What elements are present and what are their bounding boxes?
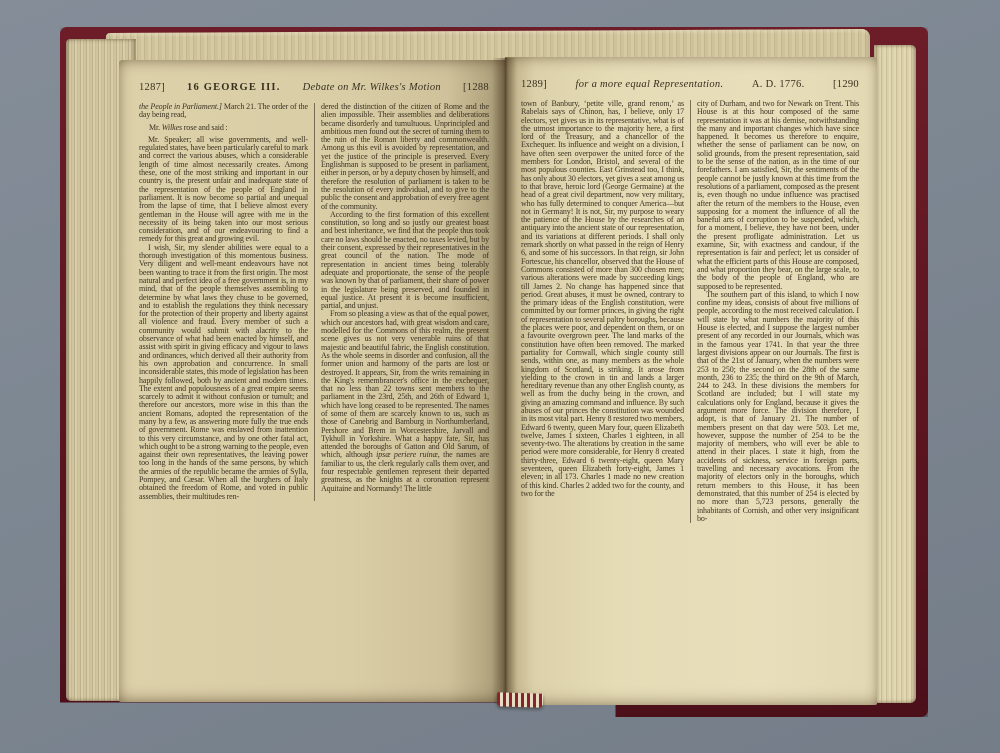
date-heading: A. D. 1776. [752, 79, 805, 91]
speaker-name: Wilkes [162, 123, 182, 132]
running-title-right: for a more equal Representation. [575, 79, 723, 91]
running-title-left: Debate on Mr. Wilkes's Motion [303, 82, 441, 94]
column-number-1288: [1288 [463, 82, 489, 94]
left-page-column-2: dered the distinction of the citizen of … [314, 103, 489, 501]
left-page-columns: the People in Parliament.] March 21. The… [139, 103, 489, 501]
speech-paragraph: dered the distinction of the citizen of … [321, 103, 489, 211]
spine-headband [497, 692, 543, 708]
speaker-prefix: Mr. [149, 123, 162, 132]
speech-paragraph: According to the first formation of this… [321, 211, 489, 311]
paragraph-text: From so pleasing a view as that of the e… [321, 309, 489, 459]
speech-paragraph: city of Durham, and two for Newark on Tr… [697, 100, 859, 291]
speech-paragraph: I wish, Sir, my slender abilities were e… [139, 244, 308, 501]
speech-paragraph: From so pleasing a view as that of the e… [321, 310, 489, 493]
column-number-1290: [1290 [833, 79, 859, 91]
right-page-columns: town of Banbury, ‘petite ville, grand re… [521, 100, 859, 523]
speaker-suffix: rose and said : [182, 123, 228, 132]
right-page-column-2: city of Durham, and two for Newark on Tr… [690, 100, 859, 523]
left-page: 1287] 16 GEORGE III. Debate on Mr. Wilke… [119, 60, 505, 702]
column-number-1287: 1287] [139, 82, 165, 94]
right-page-header: 1289] for a more equal Representation. A… [521, 79, 859, 91]
intro-line: the People in Parliament.] March 21. The… [139, 103, 308, 120]
right-page: 1289] for a more equal Representation. A… [505, 57, 877, 705]
speech-paragraph: town of Banbury, ‘petite ville, grand re… [521, 100, 684, 498]
left-page-content: 1287] 16 GEORGE III. Debate on Mr. Wilke… [119, 60, 505, 702]
right-fore-edge-pages [874, 45, 916, 703]
photo-background: 1287] 16 GEORGE III. Debate on Mr. Wilke… [0, 0, 1000, 753]
column-number-1289: 1289] [521, 79, 547, 91]
reign-title: 16 GEORGE III. [187, 82, 281, 94]
left-page-header: 1287] 16 GEORGE III. Debate on Mr. Wilke… [139, 82, 489, 94]
left-page-column-1: the People in Parliament.] March 21. The… [139, 103, 314, 501]
speech-paragraph: The southern part of this island, to whi… [697, 291, 859, 523]
right-page-column-1: town of Banbury, ‘petite ville, grand re… [521, 100, 690, 523]
right-page-content: 1289] for a more equal Representation. A… [505, 57, 877, 705]
speaker-line: Mr. Wilkes rose and said : [149, 124, 308, 132]
speech-paragraph: Mr. Speaker; all wise governments, and w… [139, 136, 308, 244]
